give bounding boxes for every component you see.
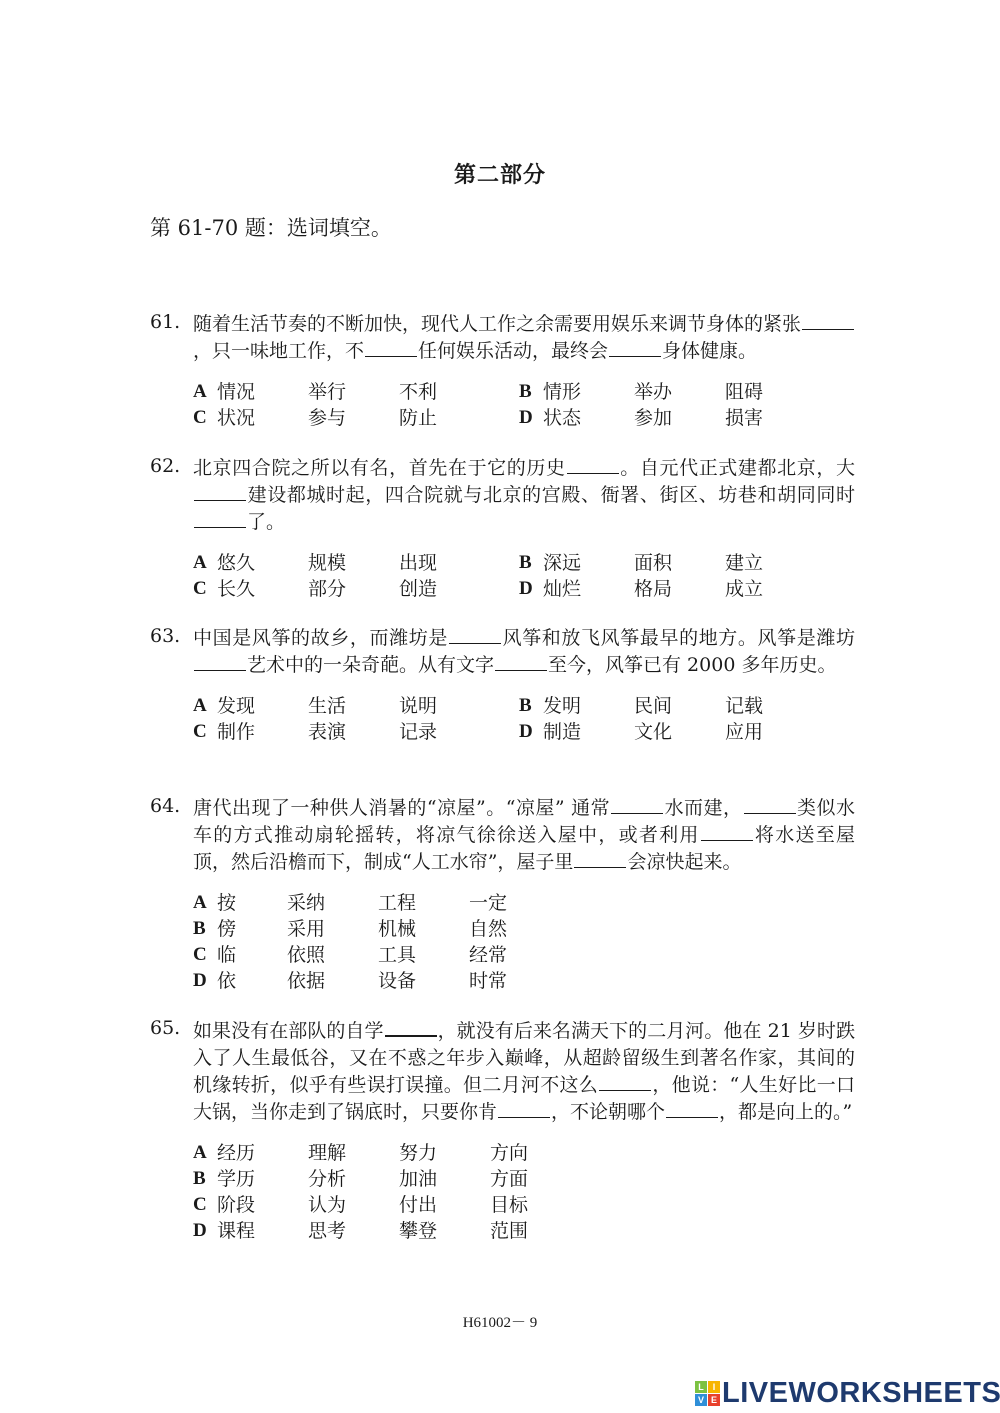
option-word: 目标 — [490, 1192, 581, 1218]
option-word: 工具 — [378, 942, 469, 968]
question-text: 随着生活节奏的不断加快，现代人工作之余需要用娱乐来调节身体的紧张，只一味地工作，… — [193, 311, 855, 365]
answer-blank-4[interactable] — [574, 849, 626, 868]
option-word: 举办 — [634, 379, 725, 405]
option-word: 出现 — [399, 550, 490, 576]
option-letter: A — [193, 1140, 217, 1166]
option-word: 认为 — [308, 1192, 399, 1218]
option-word: 方面 — [490, 1166, 581, 1192]
option-word: 依照 — [287, 942, 378, 968]
option-d[interactable]: D灿烂格局成立 — [519, 576, 845, 602]
option-word: 设备 — [378, 968, 469, 994]
text-segment: 随着生活节奏的不断加快，现代人工作之余需要用娱乐来调节身体的紧张 — [193, 313, 801, 335]
text-segment: 建设都城时起，四合院就与北京的宫殿、衙署、街区、坊巷和胡同同时 — [247, 484, 855, 506]
text-segment: 风筝和放飞风筝最早的地方。风筝是潍坊 — [502, 627, 855, 649]
text-segment: 中国是风筝的故乡，而潍坊是 — [193, 627, 448, 649]
option-b[interactable]: B发明民间记载 — [519, 693, 845, 719]
answer-blank-3[interactable] — [609, 338, 661, 357]
option-c[interactable]: C阶段认为付出目标 — [193, 1192, 855, 1218]
option-word: 工程 — [378, 890, 469, 916]
option-word: 理解 — [308, 1140, 399, 1166]
question-text: 北京四合院之所以有名，首先在于它的历史。自元代正式建都北京，大建设都城时起，四合… — [193, 455, 855, 536]
answer-options: A悠久规模出现 B深远面积建立 C长久部分创造 D灿烂格局成立 — [193, 550, 855, 602]
text-segment: 任何娱乐活动，最终会 — [418, 340, 608, 362]
option-d[interactable]: D依依据设备时常 — [193, 968, 855, 994]
page-number: H61002－ 9 — [0, 1311, 1000, 1332]
option-word: 经常 — [469, 942, 560, 968]
option-letter: C — [193, 942, 217, 968]
option-word: 部分 — [308, 576, 399, 602]
option-word: 努力 — [399, 1140, 490, 1166]
answer-blank-1[interactable] — [802, 311, 854, 330]
option-word: 课程 — [217, 1218, 308, 1244]
text-segment: 水而建， — [664, 797, 742, 819]
option-word: 不利 — [399, 379, 490, 405]
option-word: 情形 — [543, 379, 634, 405]
option-word: 发现 — [217, 693, 308, 719]
option-word: 表演 — [308, 719, 399, 745]
text-segment: 艺术中的一朵奇葩。从有文字 — [247, 654, 494, 676]
option-a[interactable]: A悠久规模出现 — [193, 550, 519, 576]
option-word: 范围 — [490, 1218, 581, 1244]
option-letter: A — [193, 550, 217, 576]
page-title: 第二部分 — [0, 158, 1000, 189]
text-segment: ，不论朝哪个 — [551, 1101, 665, 1123]
option-c[interactable]: C状况参与防止 — [193, 405, 519, 431]
option-word: 损害 — [725, 405, 816, 431]
option-word: 傍 — [217, 916, 287, 942]
option-letter: C — [193, 719, 217, 745]
text-segment: 了。 — [247, 511, 285, 533]
question-62: 62. 北京四合院之所以有名，首先在于它的历史。自元代正式建都北京，大建设都城时… — [150, 455, 855, 602]
option-word: 阻碍 — [725, 379, 816, 405]
option-a[interactable]: A发现生活说明 — [193, 693, 519, 719]
option-word: 成立 — [725, 576, 816, 602]
logo-block: L — [695, 1381, 707, 1393]
option-word: 灿烂 — [543, 576, 634, 602]
option-word: 格局 — [634, 576, 725, 602]
option-word: 状态 — [543, 405, 634, 431]
answer-blank-2[interactable] — [599, 1072, 651, 1091]
answer-options: A发现生活说明 B发明民间记载 C制作表演记录 D制造文化应用 — [193, 693, 855, 745]
option-word: 机械 — [378, 916, 469, 942]
text-segment: ，都是向上的。” — [719, 1101, 852, 1123]
answer-blank-3[interactable] — [194, 509, 246, 528]
option-word: 应用 — [725, 719, 816, 745]
option-letter: B — [519, 379, 543, 405]
option-letter: D — [519, 719, 543, 745]
question-text: 唐代出现了一种供人消暑的“凉屋”。“凉屋” 通常水而建，类似水车的方式推动扇轮摇… — [193, 795, 855, 876]
question-number: 63. — [150, 625, 192, 647]
option-word: 文化 — [634, 719, 725, 745]
option-letter: A — [193, 890, 217, 916]
option-d[interactable]: D状态参加损害 — [519, 405, 845, 431]
option-word: 制作 — [217, 719, 308, 745]
option-word: 按 — [217, 890, 287, 916]
option-word: 记录 — [399, 719, 490, 745]
answer-blank-2[interactable] — [194, 652, 246, 671]
question-64: 64. 唐代出现了一种供人消暑的“凉屋”。“凉屋” 通常水而建，类似水车的方式推… — [150, 795, 855, 994]
text-segment: 唐代出现了一种供人消暑的“凉屋”。“凉屋” 通常 — [193, 797, 610, 819]
option-word: 经历 — [217, 1140, 308, 1166]
question-number: 64. — [150, 795, 192, 817]
option-word: 状况 — [217, 405, 308, 431]
answer-options: A情况举行不利 B情形举办阻碍 C状况参与防止 D状态参加损害 — [193, 379, 855, 431]
option-b[interactable]: B深远面积建立 — [519, 550, 845, 576]
option-word: 说明 — [399, 693, 490, 719]
option-c[interactable]: C临依照工具经常 — [193, 942, 855, 968]
logo-block: V — [695, 1394, 707, 1406]
question-number: 62. — [150, 455, 192, 477]
answer-blank-3[interactable] — [701, 822, 753, 841]
option-a[interactable]: A经历理解努力方向 — [193, 1140, 855, 1166]
text-segment: 身体健康。 — [662, 340, 757, 362]
logo-block: I — [708, 1381, 720, 1393]
option-letter: B — [519, 550, 543, 576]
logo-block: E — [708, 1394, 720, 1406]
option-letter: C — [193, 405, 217, 431]
answer-blank-1[interactable] — [385, 1017, 437, 1037]
liveworksheets-logo: L I V E LIVEWORKSHEETS — [695, 1377, 1000, 1410]
answer-options: A按采纳工程一定 B傍采用机械自然 C临依照工具经常 D依依据设备时常 — [193, 890, 855, 994]
option-word: 记载 — [725, 693, 816, 719]
option-b[interactable]: B学历分析加油方面 — [193, 1166, 855, 1192]
option-b[interactable]: B情形举办阻碍 — [519, 379, 845, 405]
question-text: 如果没有在部队的自学，就没有后来名满天下的二月河。他在 21 岁时跌入了人生最低… — [193, 1017, 855, 1126]
question-65: 65. 如果没有在部队的自学，就没有后来名满天下的二月河。他在 21 岁时跌入了… — [150, 1017, 855, 1244]
option-word: 临 — [217, 942, 287, 968]
text-segment: 会凉快起来。 — [627, 851, 741, 873]
option-word: 情况 — [217, 379, 308, 405]
option-letter: A — [193, 379, 217, 405]
option-word: 自然 — [469, 916, 560, 942]
option-c[interactable]: C制作表演记录 — [193, 719, 519, 745]
option-word: 长久 — [217, 576, 308, 602]
question-text: 中国是风筝的故乡，而潍坊是风筝和放飞风筝最早的地方。风筝是潍坊艺术中的一朵奇葩。… — [193, 625, 855, 679]
option-word: 参加 — [634, 405, 725, 431]
option-word: 学历 — [217, 1166, 308, 1192]
option-word: 面积 — [634, 550, 725, 576]
option-word: 攀登 — [399, 1218, 490, 1244]
answer-blank-1[interactable] — [449, 625, 501, 644]
live-blocks-icon: L I V E — [695, 1381, 720, 1406]
brand-name: LIVEWORKSHEETS — [722, 1377, 1000, 1410]
option-word: 阶段 — [217, 1192, 308, 1218]
text-segment: 至今，风筝已有 2000 多年历史。 — [548, 654, 836, 676]
option-letter: B — [193, 1166, 217, 1192]
option-word: 时常 — [469, 968, 560, 994]
answer-blank-2[interactable] — [194, 482, 246, 501]
option-letter: D — [193, 1218, 217, 1244]
option-word: 依据 — [287, 968, 378, 994]
question-63: 63. 中国是风筝的故乡，而潍坊是风筝和放飞风筝最早的地方。风筝是潍坊艺术中的一… — [150, 625, 855, 745]
option-letter: C — [193, 576, 217, 602]
question-61: 61. 随着生活节奏的不断加快，现代人工作之余需要用娱乐来调节身体的紧张，只一味… — [150, 311, 855, 431]
option-word: 民间 — [634, 693, 725, 719]
answer-blank-4[interactable] — [666, 1099, 718, 1118]
answer-blank-1[interactable] — [567, 455, 619, 474]
option-word: 加油 — [399, 1166, 490, 1192]
answer-blank-3[interactable] — [495, 652, 547, 671]
text-segment: 北京四合院之所以有名，首先在于它的历史 — [193, 457, 566, 479]
text-segment: 。自元代正式建都北京，大 — [620, 457, 855, 479]
answer-blank-2[interactable] — [744, 795, 796, 814]
option-word: 举行 — [308, 379, 399, 405]
answer-blank-2[interactable] — [365, 338, 417, 357]
option-letter: B — [519, 693, 543, 719]
option-word: 方向 — [490, 1140, 581, 1166]
option-d[interactable]: D课程思考攀登范围 — [193, 1218, 855, 1244]
option-letter: D — [519, 576, 543, 602]
option-word: 建立 — [725, 550, 816, 576]
option-word: 分析 — [308, 1166, 399, 1192]
option-word: 防止 — [399, 405, 490, 431]
option-word: 采纳 — [287, 890, 378, 916]
text-segment: ，只一味地工作，不 — [193, 340, 364, 362]
option-letter: D — [193, 968, 217, 994]
option-word: 规模 — [308, 550, 399, 576]
option-word: 采用 — [287, 916, 378, 942]
section-instruction: 第 61-70 题：选词填空。 — [150, 212, 392, 242]
option-d[interactable]: D制造文化应用 — [519, 719, 845, 745]
question-number: 65. — [150, 1017, 192, 1039]
option-word: 付出 — [399, 1192, 490, 1218]
option-letter: C — [193, 1192, 217, 1218]
option-b[interactable]: B傍采用机械自然 — [193, 916, 855, 942]
answer-blank-3[interactable] — [498, 1099, 550, 1118]
answer-options: A经历理解努力方向 B学历分析加油方面 C阶段认为付出目标 D课程思考攀登范围 — [193, 1140, 855, 1244]
question-number: 61. — [150, 311, 192, 333]
option-a[interactable]: A情况举行不利 — [193, 379, 519, 405]
option-letter: A — [193, 693, 217, 719]
option-letter: B — [193, 916, 217, 942]
option-word: 制造 — [543, 719, 634, 745]
option-c[interactable]: C长久部分创造 — [193, 576, 519, 602]
option-a[interactable]: A按采纳工程一定 — [193, 890, 855, 916]
option-word: 深远 — [543, 550, 634, 576]
option-letter: D — [519, 405, 543, 431]
option-word: 生活 — [308, 693, 399, 719]
text-segment: 如果没有在部队的自学 — [193, 1020, 384, 1042]
answer-blank-1[interactable] — [611, 795, 663, 814]
option-word: 发明 — [543, 693, 634, 719]
option-word: 创造 — [399, 576, 490, 602]
option-word: 思考 — [308, 1218, 399, 1244]
option-word: 依 — [217, 968, 287, 994]
option-word: 一定 — [469, 890, 560, 916]
option-word: 参与 — [308, 405, 399, 431]
option-word: 悠久 — [217, 550, 308, 576]
